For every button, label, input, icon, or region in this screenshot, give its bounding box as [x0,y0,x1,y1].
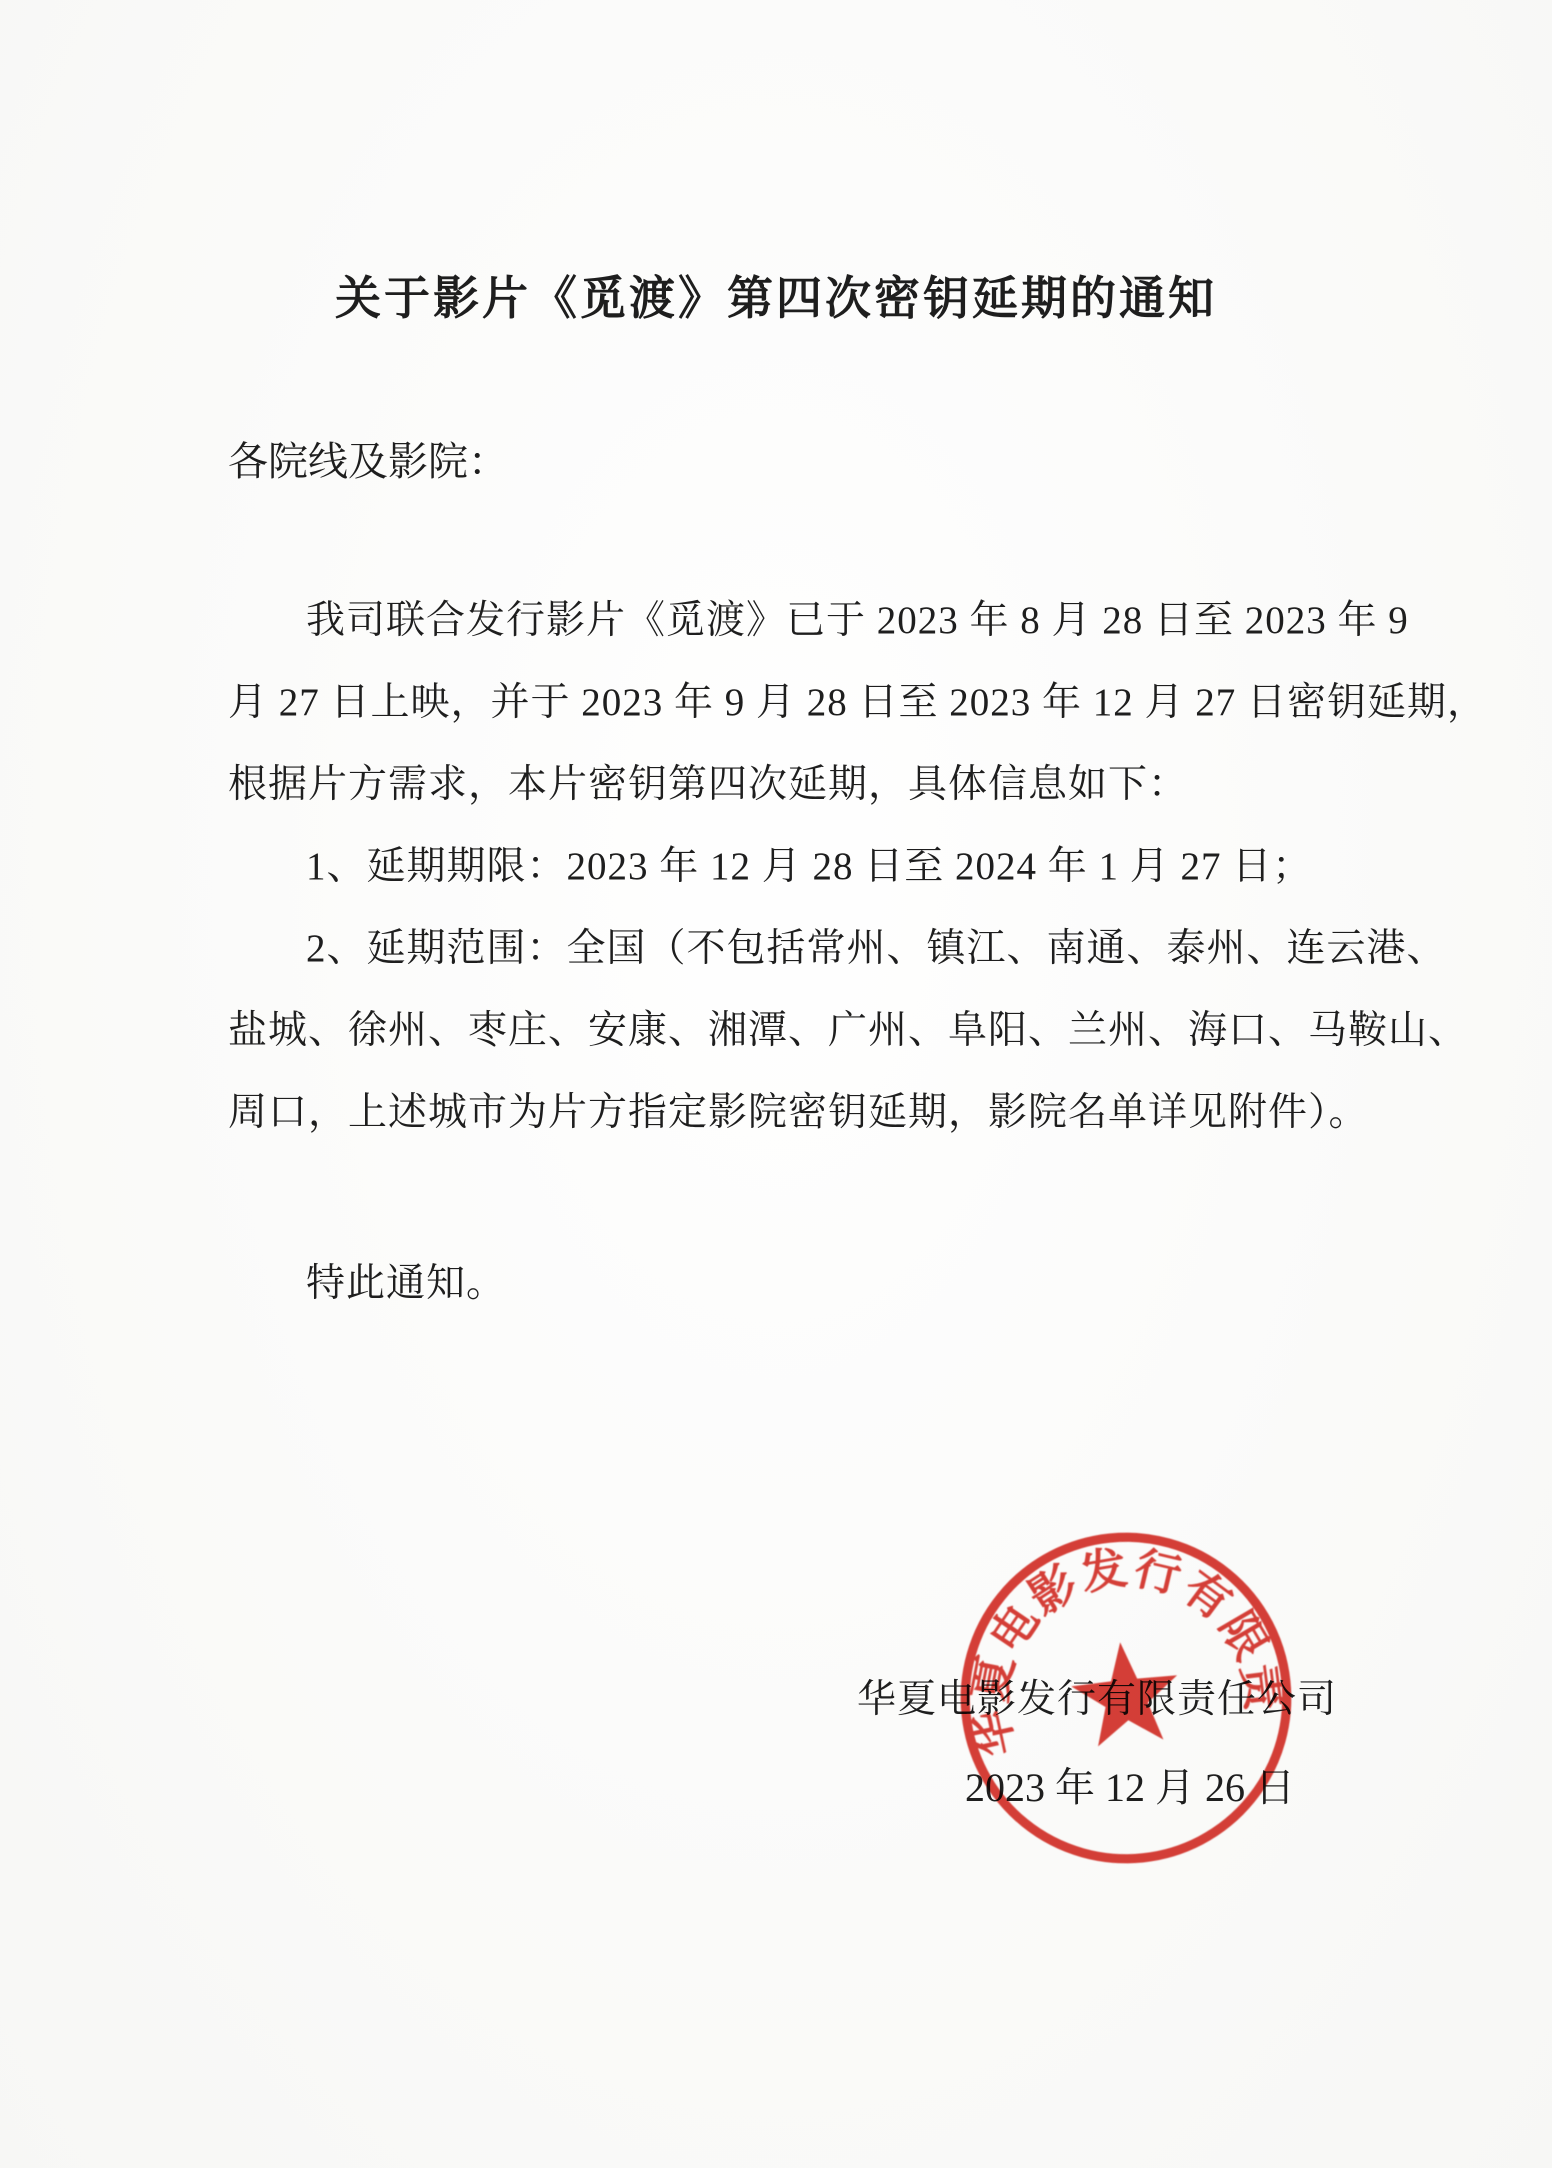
body-line: 根据片方需求，本片密钥第四次延期，具体信息如下： [228,744,1338,826]
page-title: 关于影片《觅渡》第四次密钥延期的通知 [0,262,1552,328]
body-line: 盐城、徐州、枣庄、安康、湘潭、广州、阜阳、兰州、海口、马鞍山、 [228,990,1338,1072]
closing-phrase: 特此通知。 [306,1252,506,1308]
body-line: 月 27 日上映，并于 2023 年 9 月 28 日至 2023 年 12 月… [228,662,1338,744]
signature-company: 华夏电影发行有限责任公司 [857,1668,1337,1724]
body-line-item-2: 2、延期范围：全国（不包括常州、镇江、南通、泰州、连云港、 [228,908,1338,990]
signature-date: 2023 年 12 月 26 日 [965,1756,1295,1813]
seal-arc-text: 华夏电影发行有限责任公司 [934,1506,1292,1765]
body-line: 我司联合发行影片《觅渡》已于 2023 年 8 月 28 日至 2023 年 9 [228,580,1338,662]
body-text: 我司联合发行影片《觅渡》已于 2023 年 8 月 28 日至 2023 年 9… [228,580,1338,1154]
body-line: 周口，上述城市为片方指定影院密钥延期，影院名单详见附件）。 [228,1072,1338,1154]
notice-page: 关于影片《觅渡》第四次密钥延期的通知 各院线及影院： 我司联合发行影片《觅渡》已… [0,0,1552,2168]
svg-text:华夏电影发行有限责任公司: 华夏电影发行有限责任公司 [934,1506,1292,1765]
body-line-item-1: 1、延期期限：2023 年 12 月 28 日至 2024 年 1 月 27 日… [228,826,1338,908]
salutation: 各院线及影院： [228,430,508,487]
